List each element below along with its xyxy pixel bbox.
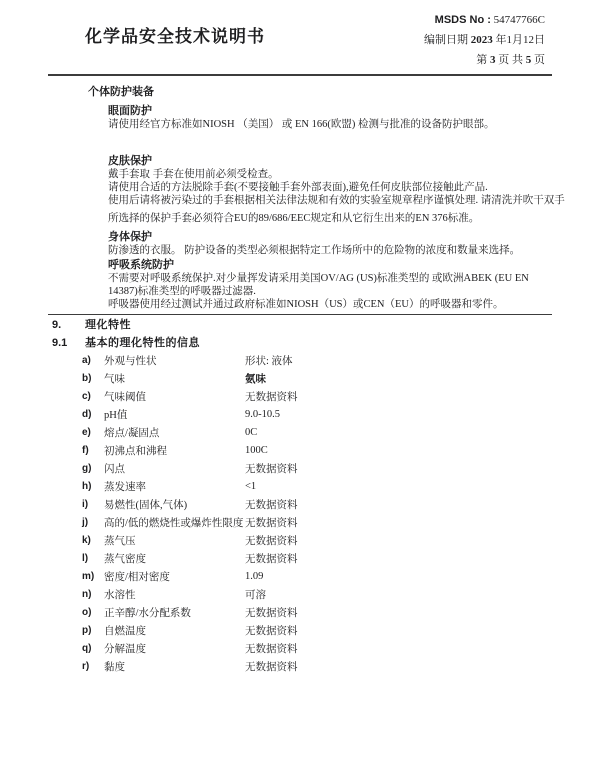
subsection-heading: 呼吸系统防护 (108, 259, 560, 272)
properties-list: a)外观与性状形状: 液体b)气味氨味c)气味阈值无数据资料d)pH值9.0-1… (82, 351, 600, 675)
subsection-heading: 身体保护 (108, 231, 560, 244)
property-label: 易燃性(固体,气体) (104, 497, 245, 512)
body-line: 不需要对呼吸系统保护.对少量挥发请采用美国OV/AG (US)标准类型的 或欧洲… (108, 272, 560, 285)
property-letter: n) (82, 589, 104, 600)
property-row: d)pH值9.0-10.5 (82, 405, 600, 423)
property-row: q)分解温度无数据资料 (82, 639, 600, 657)
paragraph: 所选择的保护手套必须符合EU的89/686/EEC规定和从它衍生出来的EN 37… (108, 212, 560, 225)
property-letter: q) (82, 643, 104, 654)
msds-number-row: MSDS No : 54747766C (424, 10, 545, 30)
property-label: 蒸气压 (104, 533, 245, 548)
prep-date-label: 编制日期 (424, 34, 468, 46)
property-label: 密度/相对密度 (104, 569, 245, 584)
document-header: 化学品安全技术说明书 MSDS No : 54747766C 编制日期 2023… (0, 0, 600, 70)
property-row: f)初沸点和沸程100C (82, 441, 600, 459)
page-total: 5 (526, 54, 532, 66)
section-9-title: 理化特性 (85, 319, 131, 332)
property-row: l)蒸气密度无数据资料 (82, 549, 600, 567)
subsection-heading: 眼面防护 (108, 105, 560, 118)
property-value: 氨味 (245, 371, 266, 386)
property-value: 无数据资料 (245, 623, 298, 638)
property-letter: c) (82, 391, 104, 402)
page-prefix: 第 (476, 54, 487, 66)
property-letter: d) (82, 409, 104, 420)
property-letter: k) (82, 535, 104, 546)
section-9-heading: 9. 理化特性 (52, 319, 600, 332)
header-divider (48, 74, 552, 76)
property-letter: m) (82, 571, 104, 582)
property-label: 外观与性状 (104, 353, 245, 368)
property-value: 无数据资料 (245, 497, 298, 512)
property-label: 黏度 (104, 659, 245, 674)
property-row: c)气味阈值无数据资料 (82, 387, 600, 405)
page-middle: 页 共 (498, 54, 523, 66)
ppe-subsections: 眼面防护请使用经官方标准如NIOSH （美国） 或 EN 166(欧盟) 检测与… (108, 105, 560, 311)
property-value: 0C (245, 427, 257, 438)
property-row: b)气味氨味 (82, 369, 600, 387)
property-label: 熔点/凝固点 (104, 425, 245, 440)
property-letter: j) (82, 517, 104, 528)
property-label: 气味阈值 (104, 389, 245, 404)
property-value: 无数据资料 (245, 659, 298, 674)
paragraph: 戴手套取 手套在使用前必须受检查。请使用合适的方法脱除手套(不要接触手套外部表面… (108, 168, 560, 207)
prep-date-rest: 年1月12日 (496, 34, 546, 46)
property-label: 自燃温度 (104, 623, 245, 638)
property-value: 无数据资料 (245, 461, 298, 476)
body-line: 14387)标准类型的呼吸器过滤器. (108, 285, 560, 298)
property-letter: g) (82, 463, 104, 474)
property-letter: h) (82, 481, 104, 492)
property-value: 1.09 (245, 571, 263, 582)
property-letter: f) (82, 445, 104, 456)
ppe-subsection: 眼面防护请使用经官方标准如NIOSH （美国） 或 EN 166(欧盟) 检测与… (108, 105, 560, 131)
property-row: k)蒸气压无数据资料 (82, 531, 600, 549)
property-row: e)熔点/凝固点0C (82, 423, 600, 441)
property-label: 蒸发速率 (104, 479, 245, 494)
property-value: 无数据资料 (245, 605, 298, 620)
body-line: 防渗透的衣服。 防护设备的类型必须根据特定工作场所中的危险物的浓度和数量来选择。 (108, 244, 560, 257)
property-label: 高的/低的燃烧性或爆炸性限度 (104, 515, 245, 530)
property-letter: a) (82, 355, 104, 366)
property-value: 100C (245, 445, 268, 456)
property-label: 水溶性 (104, 587, 245, 602)
section-9-1-number: 9.1 (52, 337, 85, 350)
property-value: 无数据资料 (245, 641, 298, 656)
paragraph: 防渗透的衣服。 防护设备的类型必须根据特定工作场所中的危险物的浓度和数量来选择。 (108, 244, 560, 257)
section-9-number: 9. (52, 319, 85, 332)
property-value: 9.0-10.5 (245, 409, 280, 420)
property-row: n)水溶性可溶 (82, 585, 600, 603)
document-title: 化学品安全技术说明书 (85, 22, 265, 47)
body-line: 所选择的保护手套必须符合EU的89/686/EEC规定和从它衍生出来的EN 37… (108, 212, 560, 225)
property-row: i)易燃性(固体,气体)无数据资料 (82, 495, 600, 513)
header-meta: MSDS No : 54747766C 编制日期 2023 年1月12日 第 3… (424, 8, 545, 70)
property-value: 无数据资料 (245, 551, 298, 566)
property-row: g)闪点无数据资料 (82, 459, 600, 477)
property-letter: l) (82, 553, 104, 564)
property-row: m)密度/相对密度1.09 (82, 567, 600, 585)
property-value: 形状: 液体 (245, 353, 293, 368)
ppe-subsection: 身体保护防渗透的衣服。 防护设备的类型必须根据特定工作场所中的危险物的浓度和数量… (108, 231, 560, 257)
property-value: 可溶 (245, 587, 266, 602)
property-label: 初沸点和沸程 (104, 443, 245, 458)
property-value: <1 (245, 481, 256, 492)
property-row: h)蒸发速率<1 (82, 477, 600, 495)
property-value: 无数据资料 (245, 515, 298, 530)
property-label: pH值 (104, 407, 245, 422)
property-label: 气味 (104, 371, 245, 386)
page-indicator: 第 3 页 共 5 页 (424, 50, 545, 70)
body-line: 使用后请将被污染过的手套根据相关法律法规和有效的实验室规章程序谨慎处理. 请清洗… (108, 194, 560, 207)
property-value: 无数据资料 (245, 533, 298, 548)
property-label: 闪点 (104, 461, 245, 476)
property-value: 无数据资料 (245, 389, 298, 404)
prep-date-year: 2023 (471, 34, 493, 46)
msds-number-label: MSDS No : (435, 14, 491, 26)
body-line: 呼吸器使用经过测试并通过政府标准如NIOSH（US）或CEN（EU）的呼吸器和零… (108, 298, 560, 311)
property-row: p)自燃温度无数据资料 (82, 621, 600, 639)
prep-date-row: 编制日期 2023 年1月12日 (424, 30, 545, 50)
property-letter: p) (82, 625, 104, 636)
paragraph: 不需要对呼吸系统保护.对少量挥发请采用美国OV/AG (US)标准类型的 或欧洲… (108, 272, 560, 311)
property-letter: i) (82, 499, 104, 510)
document-page: 化学品安全技术说明书 MSDS No : 54747766C 编制日期 2023… (0, 0, 600, 776)
body-line: 请使用合适的方法脱除手套(不要接触手套外部表面),避免任何皮肤部位接触此产品. (108, 181, 560, 194)
section-divider (48, 314, 552, 315)
property-label: 分解温度 (104, 641, 245, 656)
section-9-1-title: 基本的理化特性的信息 (85, 337, 200, 350)
body-line: 请使用经官方标准如NIOSH （美国） 或 EN 166(欧盟) 检测与批准的设… (108, 118, 560, 131)
property-letter: o) (82, 607, 104, 618)
property-row: j)高的/低的燃烧性或爆炸性限度无数据资料 (82, 513, 600, 531)
page-suffix: 页 (534, 54, 545, 66)
property-row: a)外观与性状形状: 液体 (82, 351, 600, 369)
property-letter: b) (82, 373, 104, 384)
ppe-subsection: 皮肤保护戴手套取 手套在使用前必须受检查。请使用合适的方法脱除手套(不要接触手套… (108, 155, 560, 225)
ppe-subsection: 呼吸系统防护不需要对呼吸系统保护.对少量挥发请采用美国OV/AG (US)标准类… (108, 259, 560, 311)
property-letter: e) (82, 427, 104, 438)
body-line: 戴手套取 手套在使用前必须受检查。 (108, 168, 560, 181)
property-label: 蒸气密度 (104, 551, 245, 566)
property-letter: r) (82, 661, 104, 672)
subsection-heading: 皮肤保护 (108, 155, 560, 168)
section-9-1-heading: 9.1 基本的理化特性的信息 (52, 337, 600, 350)
msds-number-value: 54747766C (494, 14, 545, 26)
paragraph: 请使用经官方标准如NIOSH （美国） 或 EN 166(欧盟) 检测与批准的设… (108, 118, 560, 131)
ppe-section-title: 个体防护装备 (88, 85, 600, 99)
page-number: 3 (490, 54, 496, 66)
property-label: 正辛醇/水分配系数 (104, 605, 245, 620)
property-row: o)正辛醇/水分配系数无数据资料 (82, 603, 600, 621)
property-row: r)黏度无数据资料 (82, 657, 600, 675)
